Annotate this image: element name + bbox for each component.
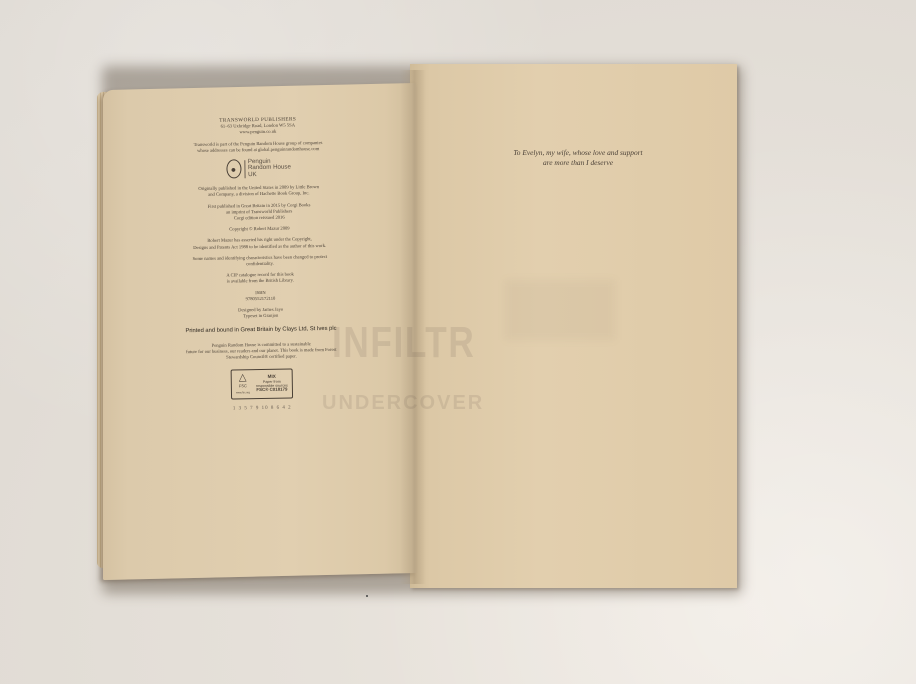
names-changed-line: Some names and identifying characteristi…: [193, 254, 328, 261]
names-changed-note: Some names and identifying characteristi…: [135, 253, 385, 269]
logo-line: UK: [248, 171, 257, 178]
original-publication-line: and Company, a division of Hachette Book…: [208, 191, 309, 198]
sustainability-note: Penguin Random House is committed to a s…: [136, 340, 386, 363]
original-publication: Originally published in the United State…: [134, 183, 384, 199]
isbn-label: ISBN: [255, 290, 266, 295]
copyright-notice: Copyright © Robert Mazur 2009: [134, 224, 384, 234]
dust-speck: [366, 595, 368, 597]
cip-line: is available from the British Library.: [227, 278, 294, 284]
printer-credit: Printed and bound in Great Britain by Cl…: [136, 326, 386, 336]
logo-divider: [244, 160, 245, 178]
uk-publication: First published in Great Britain in 2015…: [134, 201, 384, 224]
fsc-details: MIX Paper from responsible sources FSC® …: [256, 375, 288, 393]
cip-line: A CIP catalogue record for this book: [226, 272, 294, 278]
fsc-website: www.fsc.org: [236, 390, 250, 396]
uk-publication-line: Corgi edition reissued 2016: [234, 215, 285, 221]
dedication: To Evelyn, my wife, whose love and suppo…: [478, 148, 678, 168]
isbn-number: 9780552172110: [246, 296, 276, 301]
sustainability-line: future for our business, our readers and…: [186, 347, 337, 354]
names-changed-line: confidentiality.: [246, 261, 274, 266]
group-note-line: whose addresses can be found at global.p…: [197, 146, 319, 153]
moral-rights-line: Designs and Patents Act 1988 to be ident…: [193, 243, 326, 250]
fsc-code: FSC® C018179: [256, 388, 287, 393]
copyright-block: TRANSWORLD PUBLISHERS 61–63 Uxbridge Roa…: [133, 115, 388, 419]
publisher-website: www.penguin.co.uk: [239, 129, 276, 135]
penguin-random-house-logo: ● Penguin Random House UK: [133, 157, 383, 180]
publisher-address: 61–63 Uxbridge Road, London W5 5SA: [221, 123, 296, 129]
dedication-line: are more than I deserve: [543, 158, 613, 167]
uk-publication-line: First published in Great Britain in 2015…: [208, 202, 311, 209]
design-credits: Designed by James Jayo Typeset in Granjo…: [136, 305, 386, 321]
penguin-icon: ●: [226, 159, 241, 178]
typeset-credit: Typeset in Granjon: [243, 313, 278, 319]
dedication-line: To Evelyn, my wife, whose love and suppo…: [513, 148, 642, 157]
moral-rights: Robert Mazur has asserted his right unde…: [135, 235, 385, 251]
cip-record: A CIP catalogue record for this book is …: [135, 270, 385, 286]
sustainability-line: Stewardship Council® certified paper.: [226, 354, 297, 360]
group-note: Transworld is part of the Penguin Random…: [133, 139, 383, 155]
fsc-certification-badge: △ FSC www.fsc.org MIX Paper from respons…: [231, 369, 293, 399]
uk-publication-line: an imprint of Transworld Publishers: [226, 208, 292, 214]
bleed-through-smudge: [505, 280, 615, 340]
isbn-block: ISBN 9780552172110: [135, 288, 385, 304]
logo-text: Penguin Random House UK: [248, 159, 291, 179]
fsc-logo: △ FSC www.fsc.org: [236, 372, 250, 396]
printing-number-line: 1 3 5 7 9 10 8 6 4 2: [137, 404, 387, 414]
fsc-tree-icon: △: [239, 373, 247, 384]
publisher-block: TRANSWORLD PUBLISHERS 61–63 Uxbridge Roa…: [133, 115, 383, 138]
designer-credit: Designed by James Jayo: [238, 307, 283, 313]
book-gutter: [400, 70, 426, 584]
